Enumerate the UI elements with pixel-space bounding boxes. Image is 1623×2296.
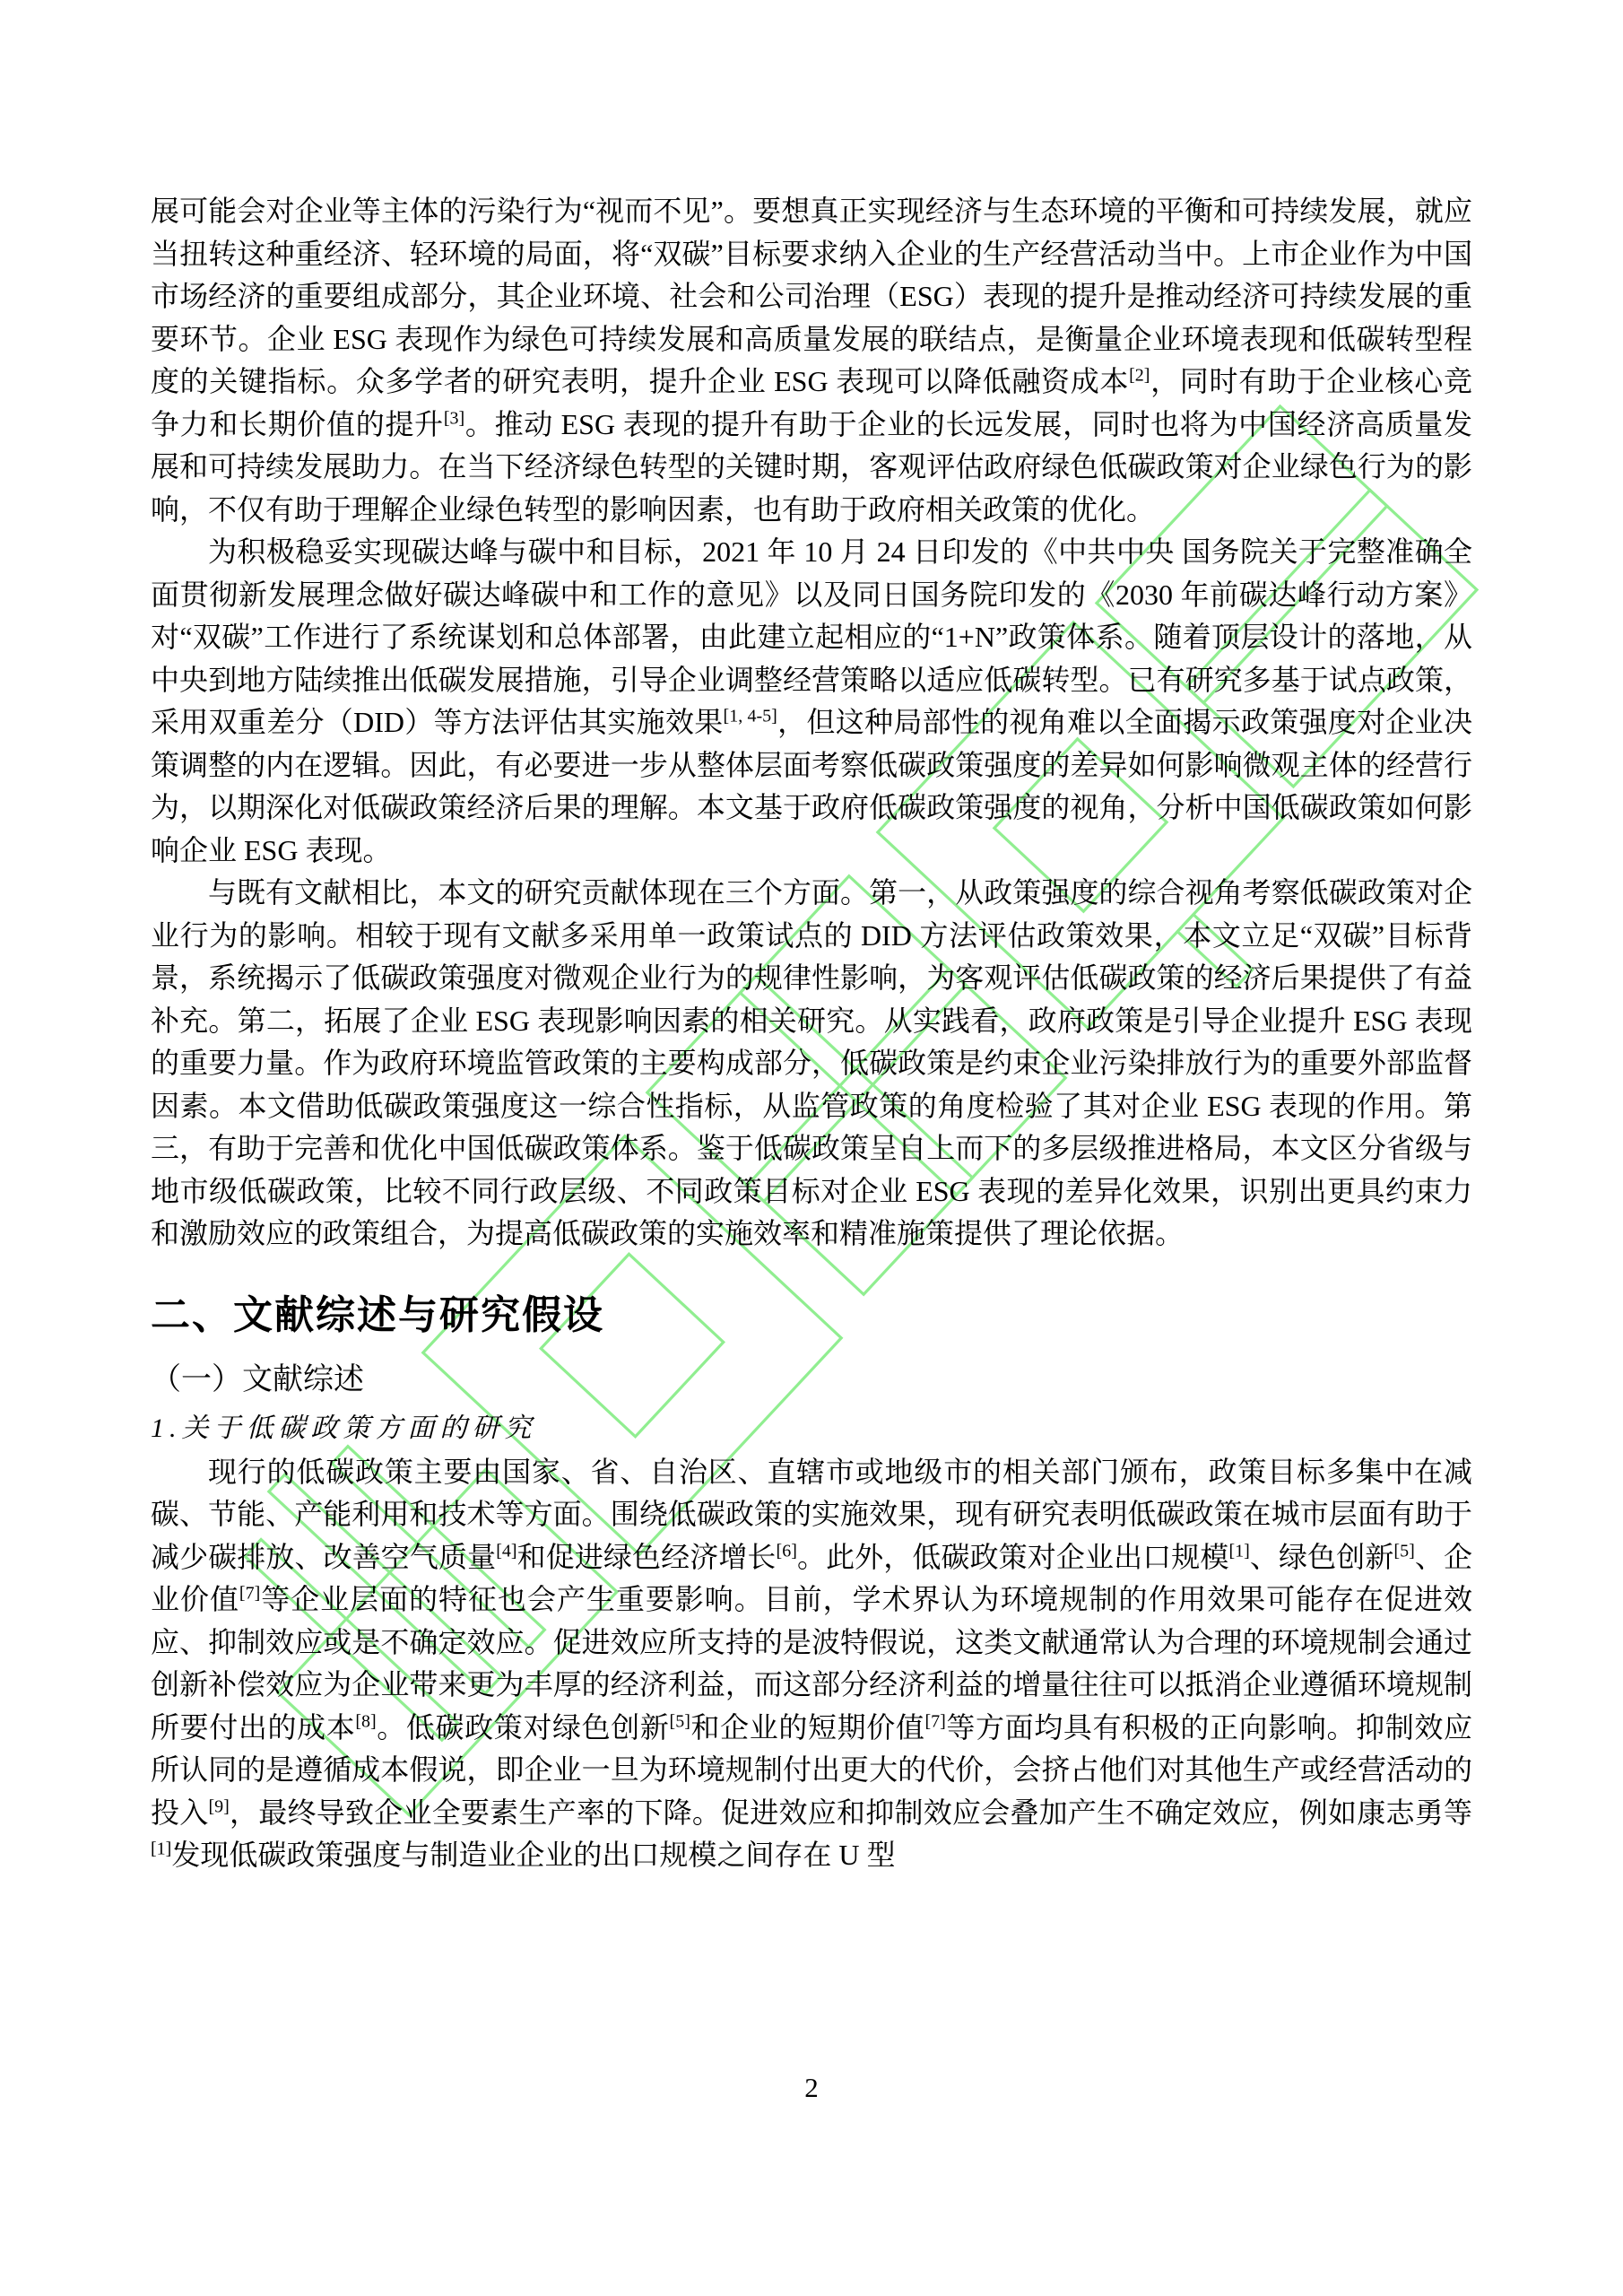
- paragraph: 现行的低碳政策主要由国家、省、自治区、直辖市或地级市的相关部门颁布，政策目标多集…: [151, 1451, 1472, 1877]
- citation-ref: [7]: [239, 1583, 260, 1603]
- numbered-item-heading: 1.关于低碳政策方面的研究: [151, 1406, 1472, 1451]
- section-heading: 二、文献综述与研究假设: [151, 1286, 1472, 1345]
- citation-ref: [4]: [496, 1541, 516, 1561]
- citation-ref: [8]: [355, 1711, 376, 1731]
- subsection-heading: （一）文献综述: [151, 1356, 1472, 1405]
- citation-ref: [2]: [1129, 365, 1150, 385]
- page-body: 展可能会对企业等主体的污染行为“视而不见”。要想真正实现经济与生态环境的平衡和可…: [151, 190, 1472, 1877]
- citation-ref: [5]: [1393, 1541, 1414, 1561]
- paragraph: 展可能会对企业等主体的污染行为“视而不见”。要想真正实现经济与生态环境的平衡和可…: [151, 190, 1472, 531]
- citation-ref: [6]: [777, 1541, 797, 1561]
- citation-ref: [9]: [208, 1796, 229, 1816]
- page-number: 2: [0, 2072, 1623, 2104]
- citation-ref: [3]: [444, 408, 464, 428]
- citation-ref: [1]: [1228, 1541, 1249, 1561]
- citation-ref: [1, 4-5]: [724, 706, 777, 726]
- paragraph: 为积极稳妥实现碳达峰与碳中和目标，2021 年 10 月 24 日印发的《中共中…: [151, 531, 1472, 872]
- paragraph: 与既有文献相比，本文的研究贡献体现在三个方面。第一，从政策强度的综合视角考察低碳…: [151, 872, 1472, 1256]
- citation-ref: [7]: [924, 1711, 945, 1731]
- citation-ref: [1]: [151, 1839, 171, 1858]
- citation-ref: [5]: [670, 1711, 690, 1731]
- document-page: 展可能会对企业等主体的污染行为“视而不见”。要想真正实现经济与生态环境的平衡和可…: [0, 0, 1623, 2296]
